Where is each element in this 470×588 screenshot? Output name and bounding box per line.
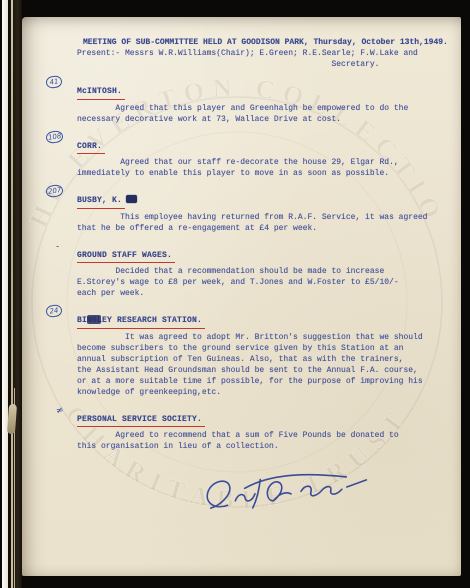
- section-body: It was agreed to adopt Mr. Britton's sug…: [77, 332, 447, 398]
- minute-section-mcintosh: 41 McINTOSH. Agreed that this player and…: [77, 80, 437, 125]
- margin-circled-number: 207: [45, 184, 64, 198]
- margin-dash-mark: -: [55, 241, 59, 251]
- typed-content: MEETING OF SUB-COMMITTEE HELD AT GOODISO…: [22, 17, 461, 520]
- margin-circled-number: 41: [45, 75, 63, 89]
- minute-section-busby: 207 BUSBY, K. This employee having retur…: [77, 189, 437, 234]
- section-body: Agreed that this player and Greenhalgh b…: [77, 103, 447, 125]
- present-list: Present:- Messrs W.R.Williams(Chair); E.…: [77, 48, 447, 70]
- scanned-minutes-page: { "document": { "title": "MEETING OF SUB…: [0, 0, 470, 588]
- section-heading: CORR.: [77, 142, 105, 155]
- section-body: Agreed that our staff re-decorate the ho…: [77, 157, 447, 179]
- meeting-title: MEETING OF SUB-COMMITTEE HELD AT GOODISO…: [83, 37, 437, 48]
- signature: [189, 466, 389, 520]
- section-heading: BINGLEY RESEARCH STATION.: [77, 316, 205, 329]
- section-body: Agreed to recommend that a sum of Five P…: [77, 430, 447, 452]
- section-heading: McINTOSH.: [77, 87, 125, 100]
- minute-section-corr: 108 CORR. Agreed that our staff re-decor…: [77, 135, 437, 180]
- binding-thread: [11, 0, 13, 588]
- minute-section-ground-staff-wages: - GROUND STAFF WAGES. Decided that a rec…: [77, 244, 437, 300]
- ink-blot: [126, 195, 137, 203]
- margin-circled-number: 24: [45, 304, 63, 318]
- section-heading: PERSONAL SERVICE SOCIETY.: [77, 415, 205, 428]
- minute-section-bingley-research-station: 24 BINGLEY RESEARCH STATION. It was agre…: [77, 309, 437, 398]
- section-body: Decided that a recommendation should be …: [77, 266, 447, 299]
- margin-tick-mark: ≠: [55, 405, 64, 416]
- section-body: This employee having returned from R.A.F…: [77, 212, 447, 234]
- overtype-ink-blot: [87, 315, 101, 324]
- section-heading: BUSBY, K.: [77, 196, 125, 209]
- section-heading: GROUND STAFF WAGES.: [77, 251, 175, 264]
- minute-section-personal-service-society: ≠ PERSONAL SERVICE SOCIETY. Agreed to re…: [77, 408, 437, 453]
- margin-circled-number: 108: [45, 129, 64, 143]
- document-paper: THE EVERTON COLLECTION CHARITABLE TRUST …: [22, 17, 461, 576]
